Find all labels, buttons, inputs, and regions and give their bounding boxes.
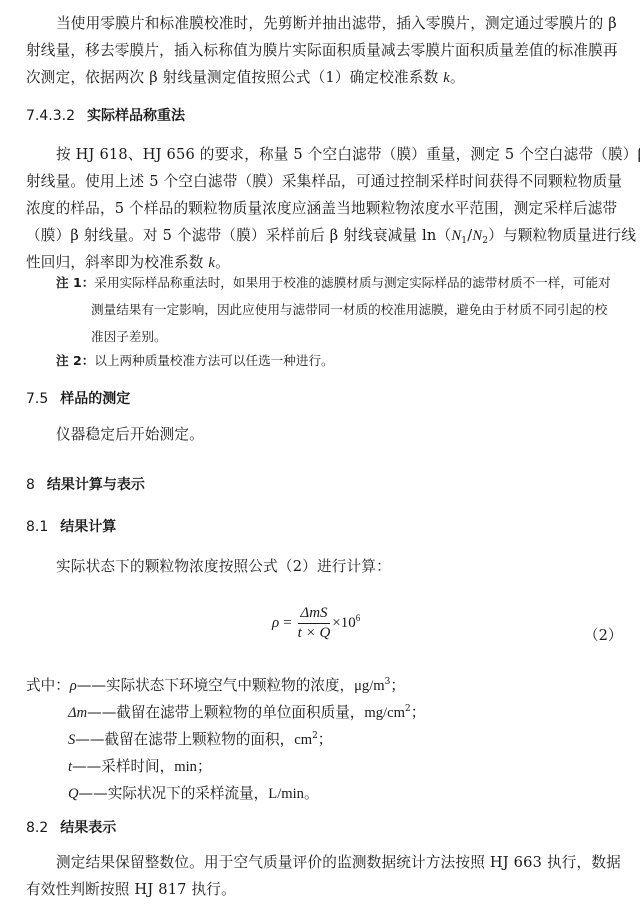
formula-numerator: ΔmS	[298, 605, 329, 624]
text-line: 按 HJ 618、HJ 656 的要求，称量 5 个空白滤带（膜）重量，测定 5…	[56, 145, 616, 165]
text-line: （膜）β 射线量。对 5 个滤带（膜）采样前后 β 射线衰减量 ln（N1/N2…	[26, 226, 616, 246]
section-title: 结果计算	[60, 519, 116, 535]
section-number: 7.4.3.2	[26, 106, 75, 126]
equation-number: （2）	[584, 626, 622, 646]
section-heading-8-2: 8.2结果表示	[26, 818, 116, 838]
definition-item: Δm——截留在滤带上颗粒物的单位面积质量，mg/cm2；	[68, 703, 425, 723]
formula-lhs: ρ	[272, 615, 279, 632]
formula-denominator: t × Q	[298, 624, 331, 642]
section-number: 8.1	[26, 517, 48, 537]
section-heading-8: 8结果计算与表示	[26, 475, 145, 495]
section-title: 结果计算与表示	[47, 477, 145, 493]
note-line: 准因子差别。	[91, 328, 640, 346]
text-line: 仪器稳定后开始测定。	[56, 425, 616, 445]
text-line: 浓度的样品，5 个样品的颗粒物质量浓度应涵盖当地颗粒物浓度水平范围，测定采样后滤…	[26, 199, 616, 219]
text-line: 有效性判断按照 HJ 817 执行。	[26, 880, 616, 900]
section-number: 8	[26, 475, 35, 495]
section-title: 结果表示	[60, 820, 116, 836]
text-line: 实际状态下的颗粒物浓度按照公式（2）进行计算：	[56, 557, 616, 577]
section-heading-7-4-3-2: 7.4.3.2实际样品称重法	[26, 106, 185, 126]
section-number: 7.5	[26, 389, 48, 409]
variable-k: k	[443, 70, 450, 86]
note-label: 注 2：	[56, 353, 94, 368]
definition-item: S——截留在滤带上颗粒物的面积，cm2；	[68, 730, 332, 750]
section-title: 样品的测定	[60, 391, 130, 407]
text-line: 次测定，依据两次 β 射线量测定值按照公式（1）确定校准系数 k。	[26, 68, 616, 88]
note-label: 注 1：	[56, 275, 94, 290]
text-line: 当使用零膜片和标准膜校准时，先剪断并抽出滤带，插入零膜片，测定通过零膜片的 β	[56, 14, 616, 34]
definition-item: 式中：ρ——实际状态下环境空气中颗粒物的浓度，μg/m3；	[26, 676, 405, 696]
text-line: 性回归，斜率即为校准系数 k。	[26, 253, 616, 273]
section-title: 实际样品称重法	[87, 108, 185, 124]
definition-item: Q——实际状况下的采样流量，L/min。	[68, 784, 319, 804]
text-line: 射线量，移去零膜片，插入标称值为膜片实际面积质量减去零膜片面积质量差值的标准膜再	[26, 41, 616, 61]
formula-fraction: ΔmS t × Q	[298, 605, 331, 642]
section-number: 8.2	[26, 818, 48, 838]
definition-item: t——采样时间，min；	[68, 757, 212, 777]
note-line: 注 2：以上两种质量校准方法可以任选一种进行。	[56, 352, 616, 370]
text-line: 射线量。使用上述 5 个空白滤带（膜）采集样品，可通过控制采样时间获得不同颗粒物…	[26, 172, 616, 192]
text-line: 测定结果保留整数位。用于空气质量评价的监测数据统计方法按照 HJ 663 执行，…	[56, 853, 616, 873]
section-heading-8-1: 8.1结果计算	[26, 517, 116, 537]
section-heading-7-5: 7.5样品的测定	[26, 389, 130, 409]
note-line: 注 1：采用实际样品称重法时，如果用于校准的滤膜材质与测定实际样品的滤带材质不一…	[56, 274, 616, 292]
formula-multiplier: ×106	[332, 615, 360, 632]
formula-2: ρ = ΔmS t × Q ×106	[272, 598, 360, 648]
note-line: 测量结果有一定影响，因此应使用与滤带同一材质的校准用滤膜，避免由于材质不同引起的…	[91, 301, 640, 319]
